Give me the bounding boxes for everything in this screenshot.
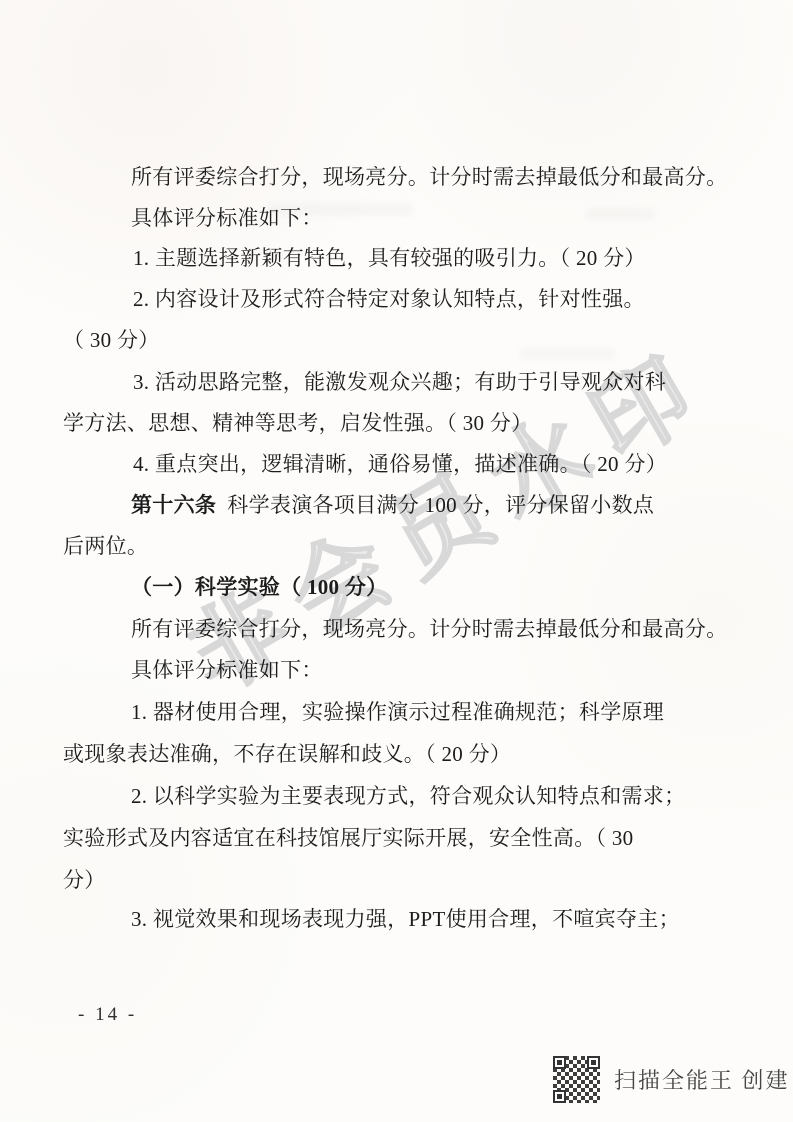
line-text: 实验形式及内容适宜在科技馆展厅实际开展，安全性高。（ 30	[63, 826, 633, 850]
line-text: 2. 内容设计及形式符合特定对象认知特点，针对性强。	[133, 287, 645, 311]
qr-finder-icon	[553, 1090, 566, 1103]
text-line: 分）	[63, 866, 106, 894]
text-line: 3. 活动思路完整，能激发观众兴趣；有助于引导观众对科	[133, 368, 666, 396]
text-line: 所有评委综合打分，现场亮分。计分时需去掉最低分和最高分。	[131, 615, 727, 643]
line-text: 具体评分标准如下：	[131, 658, 323, 682]
line-text: 1. 器材使用合理，实验操作演示过程准确规范；科学原理	[131, 700, 664, 724]
line-text: 3. 活动思路完整，能激发观众兴趣；有助于引导观众对科	[133, 370, 666, 394]
line-text: 3. 视觉效果和现场表现力强，PPT使用合理，不喧宾夺主；	[131, 907, 680, 931]
line-text: 后两位。	[63, 534, 148, 558]
line-text: 4. 重点突出，逻辑清晰，通俗易懂，描述准确。（ 20 分）	[133, 452, 667, 476]
text-line: 后两位。	[63, 532, 148, 560]
line-text: 2. 以科学实验为主要表现方式，符合观众认知特点和需求；	[131, 784, 685, 808]
scanner-credit-label: 扫描全能王 创建	[614, 1064, 790, 1095]
text-line: 学方法、思想、精神等思考，启发性强。（ 30 分）	[63, 409, 533, 437]
line-text: 或现象表达准确，不存在误解和歧义。（ 20 分）	[63, 742, 511, 766]
qr-code-icon	[553, 1056, 600, 1103]
qr-finder-icon	[553, 1056, 566, 1069]
line-text: 具体评分标准如下：	[131, 206, 323, 230]
scanned-document-page: 非会员水印 所有评委综合打分，现场亮分。计分时需去掉最低分和最高分。 具体评分标…	[0, 0, 793, 1122]
text-line: 3. 视觉效果和现场表现力强，PPT使用合理，不喧宾夺主；	[131, 905, 680, 933]
text-line: （一）科学实验（ 100 分）	[131, 573, 388, 601]
text-line: 1. 器材使用合理，实验操作演示过程准确规范；科学原理	[131, 698, 664, 726]
text-line: 1. 主题选择新颖有特色，具有较强的吸引力。（ 20 分）	[133, 244, 646, 272]
qr-finder-icon	[587, 1056, 600, 1069]
text-line: 实验形式及内容适宜在科技馆展厅实际开展，安全性高。（ 30	[63, 824, 633, 852]
text-line: （ 30 分）	[63, 326, 160, 354]
line-text: 学方法、思想、精神等思考，启发性强。（ 30 分）	[63, 411, 533, 435]
text-line: 4. 重点突出，逻辑清晰，通俗易懂，描述准确。（ 20 分）	[133, 450, 667, 478]
line-text: 所有评委综合打分，现场亮分。计分时需去掉最低分和最高分。	[131, 165, 727, 189]
bleed-through-smudge	[585, 208, 655, 220]
text-line: 具体评分标准如下：	[131, 204, 323, 232]
text-line: 所有评委综合打分，现场亮分。计分时需去掉最低分和最高分。	[131, 163, 727, 191]
line-text: 1. 主题选择新颖有特色，具有较强的吸引力。（ 20 分）	[133, 246, 646, 270]
text-line: 具体评分标准如下：	[131, 656, 323, 684]
line-lead: 第十六条	[131, 493, 216, 517]
text-line: 或现象表达准确，不存在误解和歧义。（ 20 分）	[63, 740, 511, 768]
page-number: - 14 -	[78, 1004, 137, 1026]
scanner-credit: 扫描全能王 创建	[553, 1056, 790, 1103]
text-line: 第十六条 科学表演各项目满分 100 分，评分保留小数点	[131, 491, 654, 519]
line-text: 所有评委综合打分，现场亮分。计分时需去掉最低分和最高分。	[131, 617, 727, 641]
bleed-through-smudge	[520, 348, 615, 360]
line-text: 科学表演各项目满分 100 分，评分保留小数点	[216, 493, 654, 517]
line-lead: （一）科学实验（ 100 分）	[131, 575, 388, 599]
text-line: 2. 以科学实验为主要表现方式，符合观众认知特点和需求；	[131, 782, 685, 810]
line-text: （ 30 分）	[63, 328, 160, 352]
line-text: 分）	[63, 868, 106, 892]
text-line: 2. 内容设计及形式符合特定对象认知特点，针对性强。	[133, 285, 645, 313]
